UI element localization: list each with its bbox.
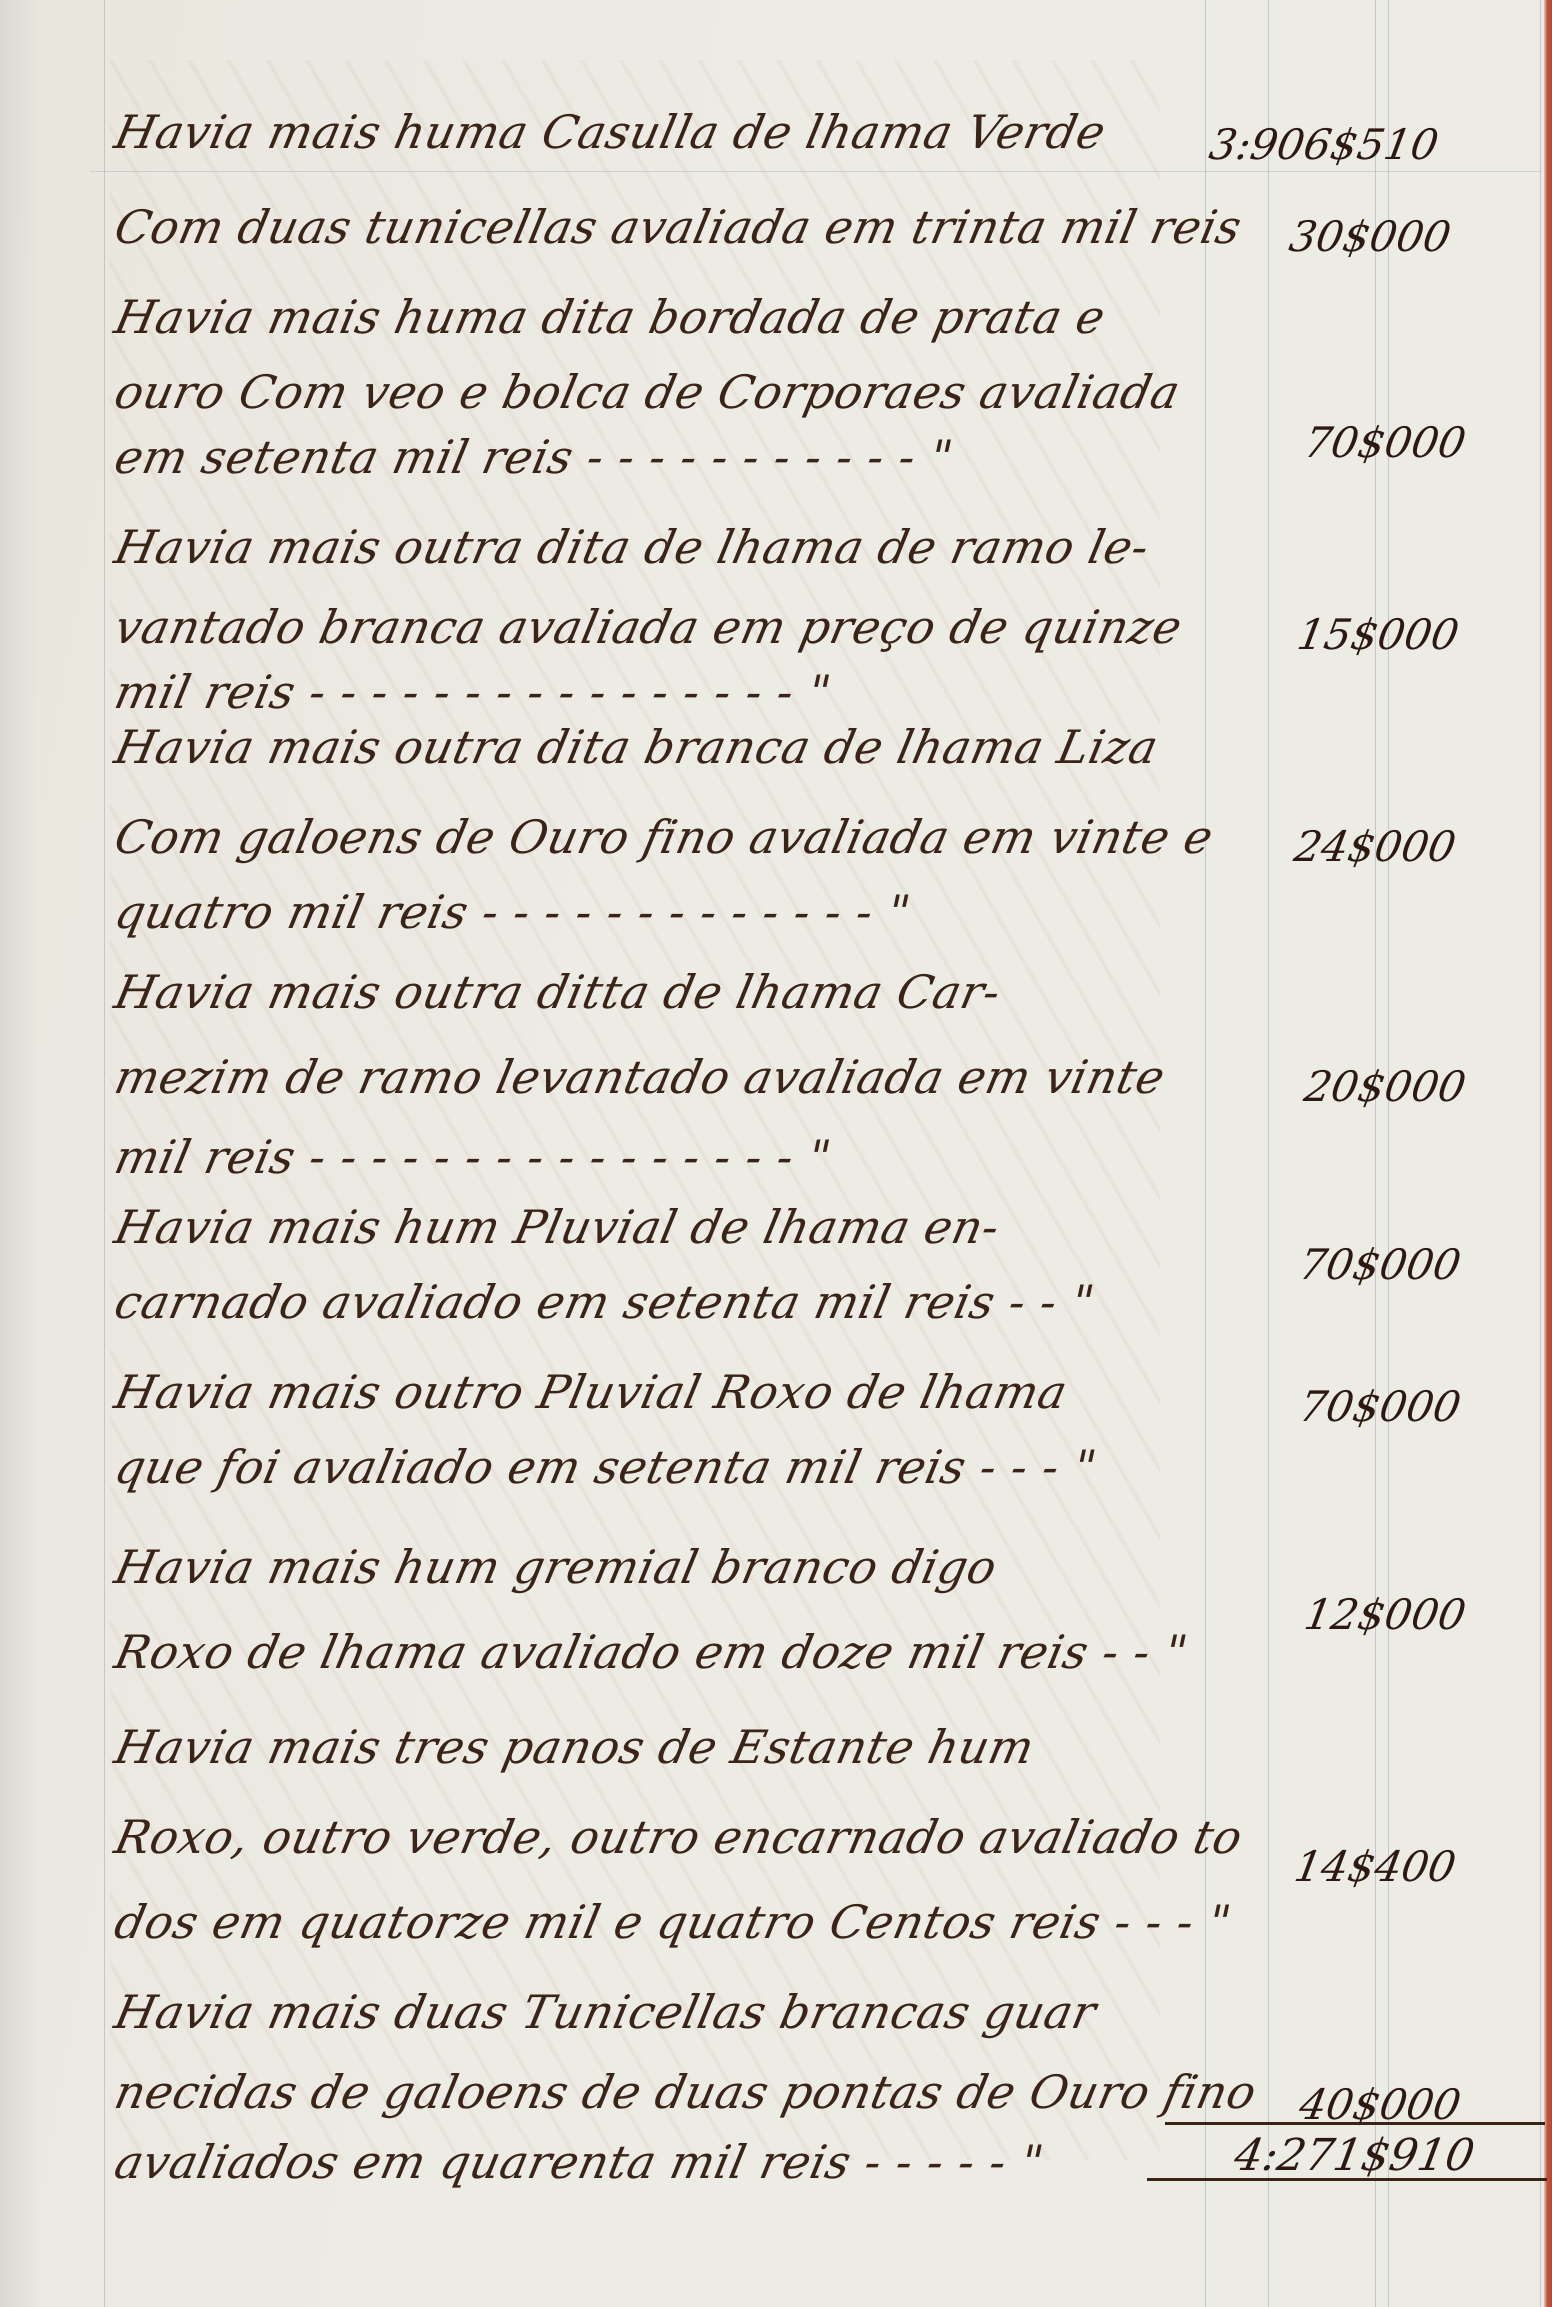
entry-amount: 70$000 — [1296, 1382, 1465, 1431]
entry-amount: 30$000 — [1286, 212, 1455, 261]
entry-line: Havia mais outra dita de lhama de ramo l… — [110, 520, 1154, 574]
entry-line: que foi avaliado em setenta mil reis - -… — [110, 1440, 1102, 1494]
page-gutter-shadow — [0, 0, 40, 2307]
entry-line: ouro Com veo e bolca de Corporaes avalia… — [110, 365, 1185, 419]
entry-line: carnado avaliado em setenta mil reis - -… — [110, 1275, 1099, 1329]
entry-line: Havia mais outra ditta de lhama Car- — [110, 965, 1006, 1019]
amount-column-rule-4 — [1388, 0, 1389, 2307]
entry-line: dos em quatorze mil e quatro Centos reis… — [110, 1895, 1236, 1949]
entry-line: mil reis - - - - - - - - - - - - - - - -… — [110, 1130, 836, 1184]
entry-line: Havia mais duas Tunicellas brancas guar — [110, 1985, 1101, 2039]
entry-amount: 15$000 — [1294, 610, 1463, 659]
total-bottom-rule — [1147, 2178, 1547, 2181]
header-rule — [90, 171, 1542, 172]
entry-amount: 12$000 — [1301, 1590, 1470, 1639]
entry-amount: 14$400 — [1291, 1842, 1460, 1891]
entry-line: Roxo, outro verde, outro encarnado avali… — [110, 1810, 1247, 1864]
amount-column-rule-2 — [1268, 0, 1269, 2307]
binding-edge — [1544, 0, 1552, 2307]
entry-line: Havia mais outro Pluvial Roxo de lhama — [110, 1365, 1072, 1419]
amount-column-rule-1 — [1205, 0, 1206, 2307]
entry-line: Havia mais huma dita bordada de prata e — [110, 290, 1110, 344]
right-margin-rule — [1540, 0, 1541, 2307]
total-top-rule — [1165, 2122, 1545, 2125]
document-page: 3:906$510 Havia mais huma Casulla de lha… — [0, 0, 1552, 2307]
entry-line: Havia mais outra dita branca de lhama Li… — [110, 720, 1163, 774]
entry-line: necidas de galoens de duas pontas de Our… — [110, 2065, 1261, 2119]
entry-line: Com duas tunicellas avaliada em trinta m… — [110, 200, 1247, 254]
entry-amount: 70$000 — [1296, 1240, 1465, 1289]
entry-line: quatro mil reis - - - - - - - - - - - - … — [110, 885, 915, 939]
left-margin-rule — [104, 0, 105, 2307]
entry-line: Havia mais huma Casulla de lhama Verde — [110, 105, 1111, 159]
entry-line: Com galoens de Ouro fino avaliada em vin… — [110, 810, 1218, 864]
entry-line: Roxo de lhama avaliado em doze mil reis … — [110, 1625, 1193, 1679]
entry-line: avaliados em quarenta mil reis - - - - -… — [110, 2135, 1049, 2189]
entry-amount: 24$000 — [1291, 822, 1460, 871]
entry-line: mezim de ramo levantado avaliada em vint… — [110, 1050, 1170, 1104]
carried-forward-amount: 3:906$510 — [1206, 120, 1443, 169]
entry-amount: 20$000 — [1301, 1062, 1470, 1111]
entry-line: Havia mais hum Pluvial de lhama en- — [110, 1200, 1005, 1254]
entry-line: Havia mais hum gremial branco digo — [110, 1540, 1002, 1594]
entry-line: Havia mais tres panos de Estante hum — [110, 1720, 1039, 1774]
entry-amount: 70$000 — [1301, 418, 1470, 467]
amount-column-rule-3 — [1375, 0, 1376, 2307]
grand-total: 4:271$910 — [1231, 2130, 1479, 2181]
entry-line: mil reis - - - - - - - - - - - - - - - -… — [110, 665, 836, 719]
entry-line: vantado branca avaliada em preço de quin… — [110, 600, 1187, 654]
entry-line: em setenta mil reis - - - - - - - - - - … — [110, 430, 958, 484]
